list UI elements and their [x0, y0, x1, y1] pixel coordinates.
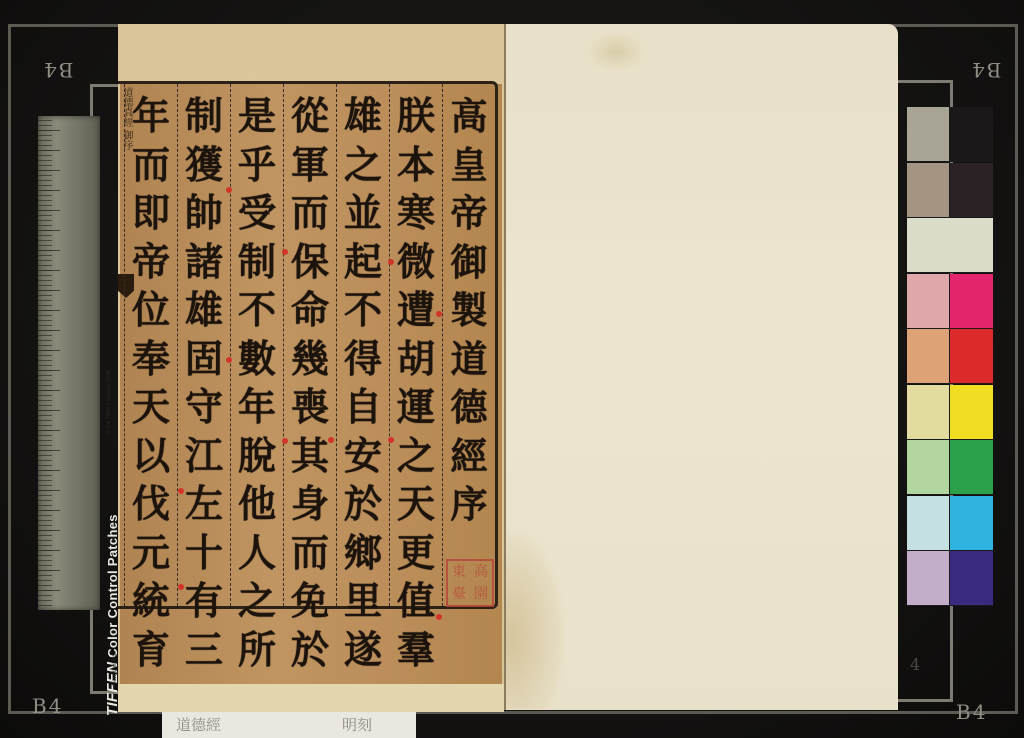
glyph: 之	[344, 141, 382, 190]
glyph: 脫	[238, 432, 276, 481]
glyph: 伐	[132, 480, 170, 529]
guide-label-bottom-left: B4	[32, 694, 63, 718]
glyph: 奉	[132, 335, 170, 384]
glyph: 獲	[185, 141, 223, 190]
glyph: 以	[132, 432, 170, 481]
glyph: 即	[132, 189, 170, 238]
glyph: 三	[185, 626, 223, 675]
color-patch	[907, 496, 950, 551]
ruler-copyright: © The Tiffen Company, 2000	[106, 371, 112, 434]
glyph: 朕	[397, 92, 435, 141]
glyph: 不	[344, 286, 382, 335]
page-bottom-margin	[118, 684, 504, 712]
glyph: 製	[451, 286, 488, 335]
glyph: 高	[451, 92, 488, 141]
glyph: 雄	[344, 92, 382, 141]
glyph: 胡	[397, 335, 435, 384]
glyph: 制	[185, 92, 223, 141]
glyph: 鄉	[344, 529, 382, 578]
book-right-page-blank	[504, 24, 898, 710]
text-column: 是乎受制不數年脫他人之所	[230, 84, 283, 606]
water-stain-top	[586, 32, 646, 72]
glyph: 喪	[291, 383, 329, 432]
glyph: 育	[132, 626, 170, 675]
glyph: 守	[185, 383, 223, 432]
punctuation-mark-icon	[226, 187, 232, 193]
slip-note-right: 明刻	[342, 714, 372, 735]
glyph: 經	[451, 432, 488, 481]
text-column: 制獲帥諸雄固守江左十有三	[177, 84, 230, 606]
glyph: 數	[238, 335, 276, 384]
glyph: 運	[397, 383, 435, 432]
glyph: 左	[185, 480, 223, 529]
glyph: 自	[344, 383, 382, 432]
glyph: 十	[185, 529, 223, 578]
glyph: 免	[291, 577, 329, 626]
color-patch	[950, 274, 993, 329]
glyph: 而	[132, 141, 170, 190]
punctuation-mark-icon	[178, 584, 184, 590]
glyph: 年	[238, 383, 276, 432]
glyph: 更	[397, 529, 435, 578]
punctuation-mark-icon	[388, 437, 394, 443]
glyph: 不	[238, 286, 276, 335]
color-patch	[907, 107, 950, 162]
color-patch	[907, 218, 993, 273]
punctuation-mark-icon	[436, 311, 442, 317]
punctuation-mark-icon	[328, 437, 334, 443]
glyph: 統	[132, 577, 170, 626]
glyph: 於	[291, 626, 329, 675]
color-patch	[907, 163, 950, 218]
glyph: 受	[238, 189, 276, 238]
glyph: 微	[397, 238, 435, 287]
glyph: 皇	[451, 141, 488, 190]
color-patch	[950, 440, 993, 495]
red-seal-stamp: 東 高 臺 園	[446, 559, 494, 607]
glyph: 並	[344, 189, 382, 238]
glyph: 保	[291, 238, 329, 287]
glyph: 天	[397, 480, 435, 529]
glyph: 本	[397, 141, 435, 190]
color-patch	[907, 274, 950, 329]
text-column: 從軍而保命幾喪其身而免於	[283, 84, 336, 606]
glyph: 人	[238, 529, 276, 578]
color-patch	[907, 385, 950, 440]
glyph: 遭	[397, 286, 435, 335]
color-patch	[907, 440, 950, 495]
glyph: 之	[397, 432, 435, 481]
punctuation-mark-icon	[282, 438, 288, 444]
guide-label-bottom-right: B4	[956, 700, 987, 724]
seal-char: 高	[470, 561, 492, 583]
glyph: 安	[344, 432, 382, 481]
glyph: 制	[238, 238, 276, 287]
guide-label-top-right: B4	[970, 58, 1001, 82]
glyph: 里	[344, 577, 382, 626]
glyph: 諸	[185, 238, 223, 287]
ruler-ticks-major	[38, 116, 60, 610]
glyph: 遂	[344, 626, 382, 675]
glyph: 起	[344, 238, 382, 287]
text-column: 年而即帝位奉天以伐元統育	[124, 84, 177, 606]
punctuation-mark-icon	[178, 488, 184, 494]
color-patch	[907, 551, 950, 606]
glyph: 位	[132, 286, 170, 335]
glyph: 御	[451, 238, 488, 287]
glyph: 乎	[238, 141, 276, 190]
seal-char: 臺	[448, 583, 470, 605]
glyph: 江	[185, 432, 223, 481]
catalog-slip: 道德經 明刻	[162, 712, 416, 738]
glyph: 雄	[185, 286, 223, 335]
color-patch	[950, 329, 993, 384]
glyph: 命	[291, 286, 329, 335]
color-calibration-chart	[907, 107, 993, 609]
text-column-title: 高皇帝御製道德經序	[442, 84, 495, 606]
text-columns: 高皇帝御製道德經序 朕本寒微遭胡運之天更值羣 雄之並起不得自安於鄉里遂 從軍而保…	[118, 84, 495, 606]
glyph: 於	[344, 480, 382, 529]
glyph: 有	[185, 577, 223, 626]
glyph: 固	[185, 335, 223, 384]
water-stain	[506, 529, 566, 709]
guide-label-top-left: B4	[42, 58, 73, 82]
glyph: 得	[344, 335, 382, 384]
slip-note-left: 道德經	[176, 714, 221, 735]
text-column: 朕本寒微遭胡運之天更值羣	[389, 84, 442, 606]
glyph: 所	[238, 626, 276, 675]
glyph: 他	[238, 480, 276, 529]
glyph: 軍	[291, 141, 329, 190]
text-column: 雄之並起不得自安於鄉里遂	[336, 84, 389, 606]
color-patch	[950, 163, 993, 218]
color-patch	[950, 385, 993, 440]
glyph: 是	[238, 92, 276, 141]
glyph: 年	[132, 92, 170, 141]
tiffen-color-ruler: TIFFEN Color Control Patches Centimeters…	[38, 116, 100, 610]
glyph: 帝	[451, 189, 488, 238]
glyph: 而	[291, 529, 329, 578]
glyph: 羣	[397, 626, 435, 675]
glyph: 帥	[185, 189, 223, 238]
glyph: 從	[291, 92, 329, 141]
glyph: 德	[451, 383, 488, 432]
glyph: 寒	[397, 189, 435, 238]
edge-label-right: 4	[910, 655, 922, 674]
glyph: 序	[451, 480, 488, 529]
glyph: 道	[451, 335, 488, 384]
punctuation-mark-icon	[282, 249, 288, 255]
seal-char: 園	[470, 583, 492, 605]
glyph: 身	[291, 480, 329, 529]
book-left-page: 道德真經 御序 高皇帝御製道德經序 朕本寒微遭胡運之天更值羣 雄之並起不得自安於…	[118, 24, 504, 712]
glyph: 幾	[291, 335, 329, 384]
color-patch	[950, 107, 993, 162]
glyph: 元	[132, 529, 170, 578]
punctuation-mark-icon	[388, 259, 394, 265]
color-patch	[907, 329, 950, 384]
glyph: 之	[238, 577, 276, 626]
color-patch	[950, 551, 993, 606]
punctuation-mark-icon	[436, 614, 442, 620]
seal-char: 東	[448, 561, 470, 583]
glyph: 帝	[132, 238, 170, 287]
glyph: 而	[291, 189, 329, 238]
glyph: 值	[397, 577, 435, 626]
glyph: 其	[291, 432, 329, 481]
punctuation-mark-icon	[226, 357, 232, 363]
color-patch	[950, 496, 993, 551]
glyph: 天	[132, 383, 170, 432]
